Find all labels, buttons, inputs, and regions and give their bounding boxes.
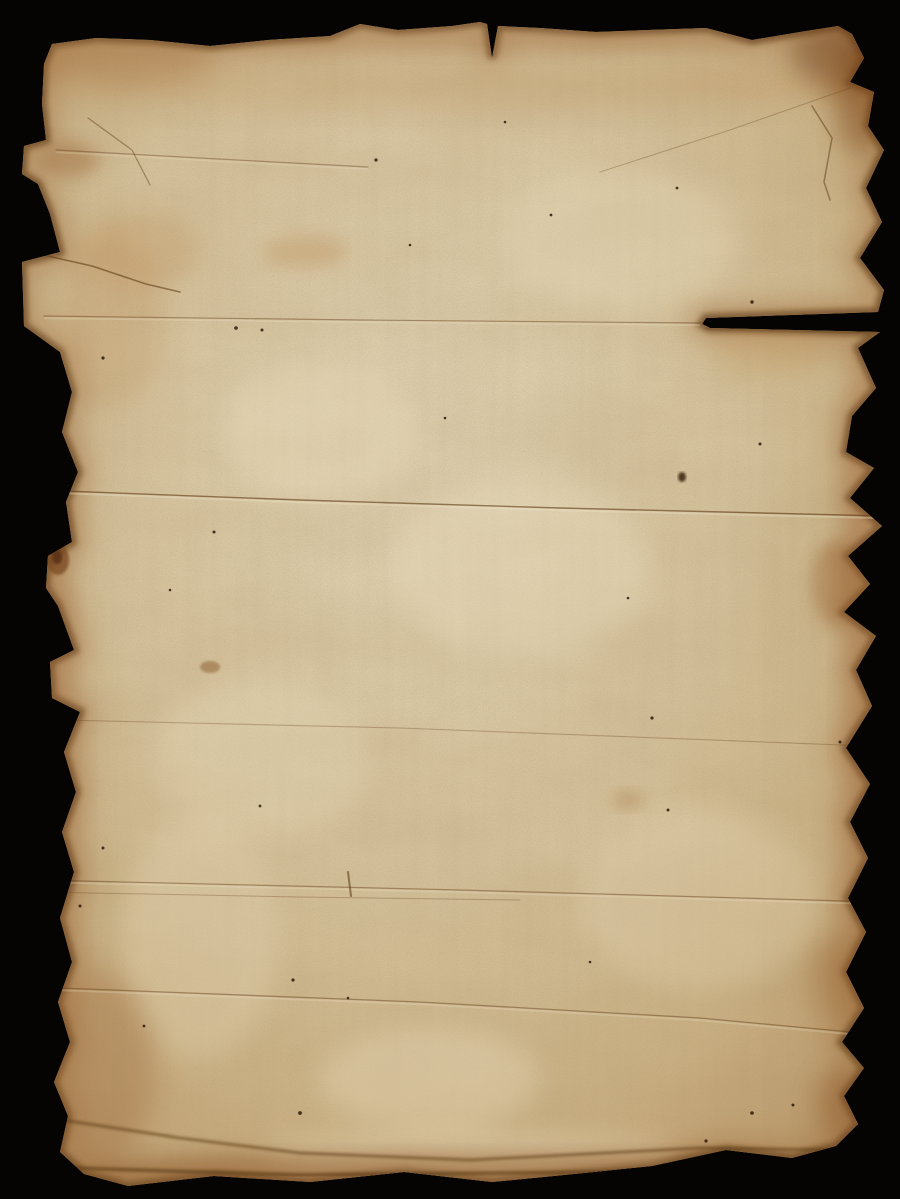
speck [261,329,264,332]
light-patch [580,810,820,990]
speck [374,158,377,161]
stain [710,326,830,378]
speck [759,443,762,446]
speck [504,121,507,124]
speck [444,417,447,420]
speck [234,326,238,330]
speck [298,1111,302,1115]
speck [169,589,172,592]
speck [792,1104,795,1107]
speck [79,905,82,908]
speck [750,300,753,303]
stain [200,661,220,673]
speck [143,1025,146,1028]
speck [750,1111,754,1115]
speck [213,531,216,534]
parchment-photo [0,0,900,1199]
speck [550,214,553,217]
speck [839,741,842,744]
speck [676,187,679,190]
stain [678,472,686,482]
light-patch [320,1025,540,1135]
speck [102,847,105,850]
stain [80,210,200,290]
light-patch [150,680,370,840]
speck [627,597,630,600]
speck [259,805,262,808]
light-patch [220,360,420,500]
speck [409,244,412,247]
light-patch [500,170,740,310]
stain [612,792,644,808]
stain [40,142,100,178]
stain [30,58,870,110]
speck [650,716,653,719]
speck [347,997,350,1000]
stain [263,236,347,268]
speck [589,961,592,964]
speck [667,809,670,812]
texture-layer [0,0,900,1199]
speck [704,1139,707,1142]
speck [101,356,104,359]
speck [291,978,294,981]
